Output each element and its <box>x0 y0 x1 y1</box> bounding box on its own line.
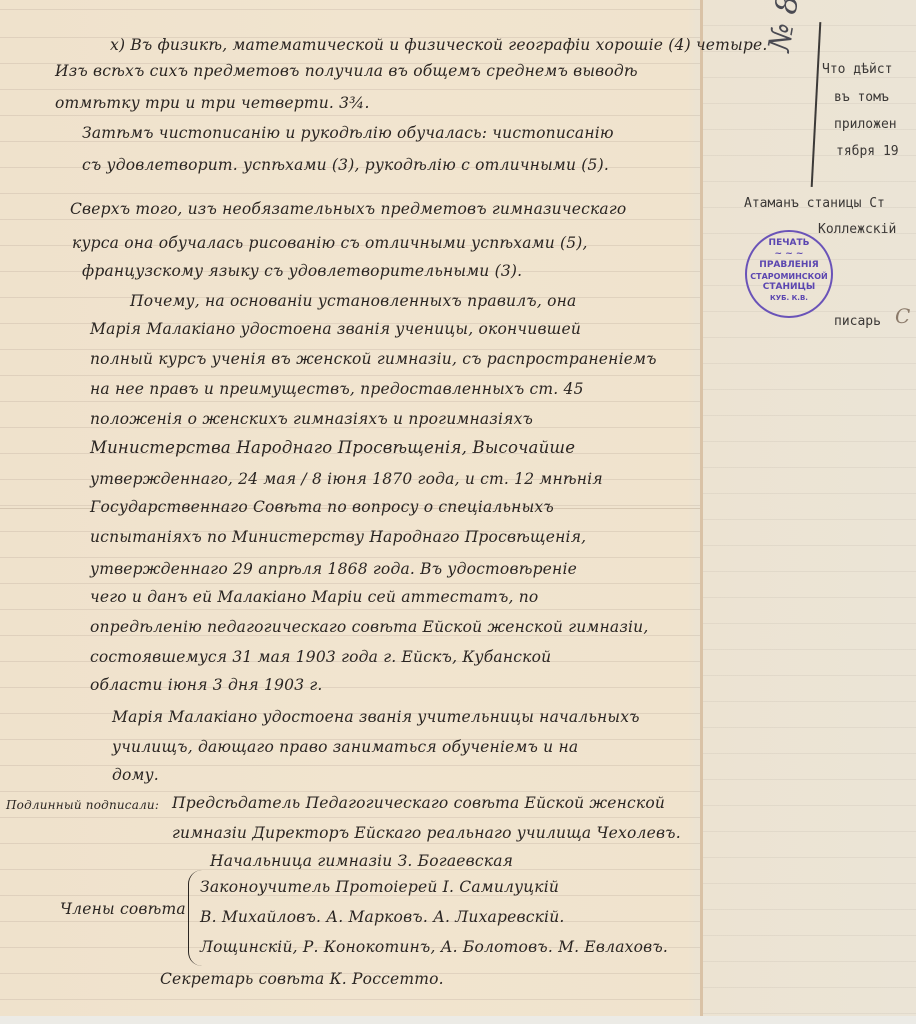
text-line: опредѣленію педагогическаго совѣта Ейско… <box>90 618 648 636</box>
seal-text: СТАРОМИНСКОЙ <box>747 271 831 282</box>
typed-line: въ томъ <box>834 90 889 105</box>
ataman-line: Атаманъ станицы Ст <box>744 196 885 211</box>
seal-text: СТАНИЦЫ <box>747 282 831 293</box>
text-line: училищъ, дающаго право заниматься обучен… <box>112 738 578 756</box>
text-line: х) Въ физикѣ, математической и физическо… <box>110 36 768 54</box>
rank-line: Коллежскій <box>818 222 896 237</box>
scribe-signature-mark: С <box>895 304 910 328</box>
member-line: Лощинскій, Р. Конокотинъ, А. Болотовъ. М… <box>200 938 668 956</box>
text-line: состоявшемуся 31 мая 1903 года г. Ейскъ,… <box>90 648 551 666</box>
page-fold <box>700 0 703 1016</box>
text-line: Изъ всѣхъ сихъ предметовъ получила въ об… <box>55 62 638 80</box>
seal-text: КУБ. К.В. <box>747 293 831 304</box>
text-line: положенія о женскихъ гимназіяхъ и прогим… <box>90 410 533 428</box>
text-line: французскому языку съ удовлетворительным… <box>82 262 522 280</box>
text-line: отмѣтку три и три четверти. 3¾. <box>55 94 370 112</box>
typed-line: тября 19 <box>836 144 899 159</box>
signed-label: Подлинный подписали: <box>6 798 159 812</box>
text-line: курса она обучалась рисованію съ отличны… <box>72 234 588 252</box>
text-line: утвержденнаго 29 апрѣля 1868 года. Въ уд… <box>90 560 577 578</box>
chairman-line-1: Предсѣдатель Педагогическаго совѣта Ейск… <box>172 794 665 812</box>
scribe-line: писарь <box>834 314 881 329</box>
chairman-line-2: гимназіи Директоръ Ейскаго реальнаго учи… <box>172 824 681 842</box>
seal-text: ПЕЧАТЬ <box>747 238 831 249</box>
secretary-signature: Секретарь совѣта К. Россетто. <box>160 970 444 988</box>
text-line: Государственнаго Совѣта по вопросу о спе… <box>90 498 554 516</box>
text-line: Марія Малакіано удостоена званія ученицы… <box>90 320 581 338</box>
member-line: Законоучитель Протоіерей І. Самилуцкій <box>200 878 559 896</box>
text-line: Почему, на основаніи установленныхъ прав… <box>130 292 576 310</box>
seal-stamp: ПЕЧАТЬ ~ ~ ~ ПРАВЛЕНІЯ СТАРОМИНСКОЙ СТАН… <box>745 230 833 318</box>
text-line: съ удовлетворит. успѣхами (3), рукодѣлію… <box>82 156 609 174</box>
text-line: на нее правъ и преимуществъ, предоставле… <box>90 380 584 398</box>
text-line: полный курсъ ученія въ женской гимназіи,… <box>90 350 657 368</box>
text-line: области іюня 3 дня 1903 г. <box>90 676 323 694</box>
text-line: испытаніяхъ по Министерству Народнаго Пр… <box>90 528 586 546</box>
member-line: В. Михайловъ. А. Марковъ. А. Лихаревскій… <box>200 908 565 926</box>
seal-text: ПРАВЛЕНІЯ <box>747 260 831 271</box>
seal-text: ~ ~ ~ <box>747 249 831 260</box>
text-line: утвержденнаго, 24 мая / 8 іюня 1870 года… <box>90 470 603 488</box>
document-sheet: х) Въ физикѣ, математической и физическо… <box>0 0 916 1016</box>
typed-line: приложен <box>834 117 897 132</box>
text-line: чего и данъ ей Малакіано Маріи сей аттес… <box>90 588 538 606</box>
text-line: Затѣмъ чистописанію и рукодѣлію обучалас… <box>82 124 614 142</box>
text-line: дому. <box>112 766 159 784</box>
typed-line: Что дѣйст <box>822 62 892 77</box>
text-line: Марія Малакіано удостоена званія учитель… <box>112 708 640 726</box>
head-signature: Начальница гимназіи З. Богаевская <box>210 852 513 870</box>
text-line: Министерства Народнаго Просвѣщенія, Высо… <box>90 438 575 457</box>
members-label: Члены совѣта <box>60 900 186 918</box>
text-line: Сверхъ того, изъ необязательныхъ предмет… <box>70 200 626 218</box>
